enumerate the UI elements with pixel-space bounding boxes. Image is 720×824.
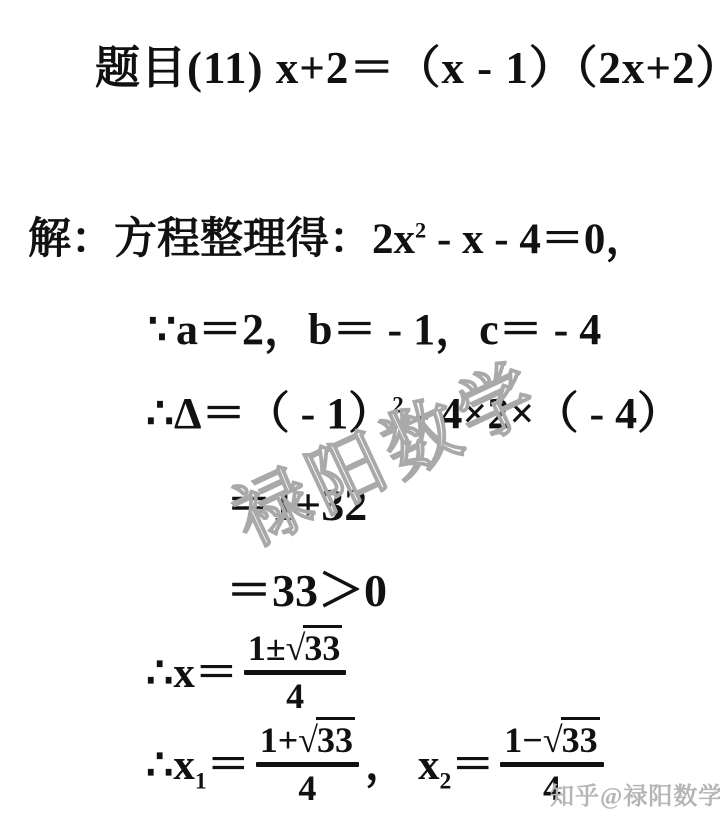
fraction-x1: 1+√33 4 — [256, 722, 359, 808]
fraction-numerator: 1±√33 — [244, 630, 347, 670]
radical-sign: √ — [543, 720, 563, 760]
step1-suffix: - x - 4＝0， — [426, 216, 648, 263]
radicand: 33 — [316, 717, 355, 760]
x2-subscript: 2 — [439, 768, 451, 794]
radical-sign: √ — [298, 720, 318, 760]
fraction-x1-numerator: 1+√33 — [256, 722, 359, 762]
therefore-x-text: ∴x — [146, 742, 195, 789]
x1-equals: ＝ — [207, 742, 250, 789]
x2-text: x — [418, 742, 440, 789]
step-simplified-equation: 解：方程整理得：2x2 - x - 4＝0， — [28, 216, 648, 263]
numerator-text: 1± — [248, 628, 286, 668]
step7-x2-label: x2＝ — [418, 742, 494, 789]
step-root-formula: ∴x＝ 1±√33 4 — [146, 630, 352, 716]
fraction: 1±√33 4 — [244, 630, 347, 716]
step-sum: ＝1+32 — [226, 480, 367, 531]
fraction-x2-numerator: 1−√33 — [500, 722, 603, 762]
step3-suffix: - 4×2×（ - 4） — [404, 389, 681, 438]
step-result-positive: ＝33＞0 — [226, 566, 387, 617]
x1-numerator-text: 1+ — [260, 720, 299, 760]
step-coefficients: ∵a＝2，b＝ - 1，c＝ - 4 — [148, 306, 601, 354]
radicand: 33 — [303, 625, 342, 668]
x2-numerator-text: 1− — [504, 720, 543, 760]
x1-subscript: 1 — [195, 768, 207, 794]
step7-x1-label: ∴x1＝ — [146, 742, 250, 789]
square-root: √33 — [286, 628, 343, 668]
step3-prefix: ∴Δ＝（ - 1） — [146, 389, 392, 438]
square-root: √33 — [543, 720, 600, 760]
step6-prefix: ∴x＝ — [146, 650, 238, 697]
radicand: 33 — [561, 717, 600, 760]
step3-exponent: 2 — [392, 392, 403, 417]
square-root: √33 — [298, 720, 355, 760]
zhihu-credit-watermark: 知乎@禄阳数学 — [550, 776, 720, 811]
step1-exponent: 2 — [415, 218, 426, 243]
math-solution-page: 题目(11) x+2＝（x - 1）（2x+2） 解：方程整理得：2x2 - x… — [0, 0, 720, 824]
fraction-x1-denominator: 4 — [298, 767, 316, 809]
x2-equals: ＝ — [451, 742, 494, 789]
step1-prefix: 解：方程整理得：2x — [28, 216, 415, 263]
step-discriminant: ∴Δ＝（ - 1）2 - 4×2×（ - 4） — [146, 390, 681, 438]
problem-title: 题目(11) x+2＝（x - 1）（2x+2） — [95, 44, 720, 94]
separator-comma: ， — [365, 742, 408, 789]
center-watermark: 禄阳数学 — [215, 335, 550, 566]
step-two-roots: ∴x1＝ 1+√33 4 ， x2＝ 1−√33 4 — [146, 722, 610, 808]
fraction-denominator: 4 — [286, 675, 304, 717]
